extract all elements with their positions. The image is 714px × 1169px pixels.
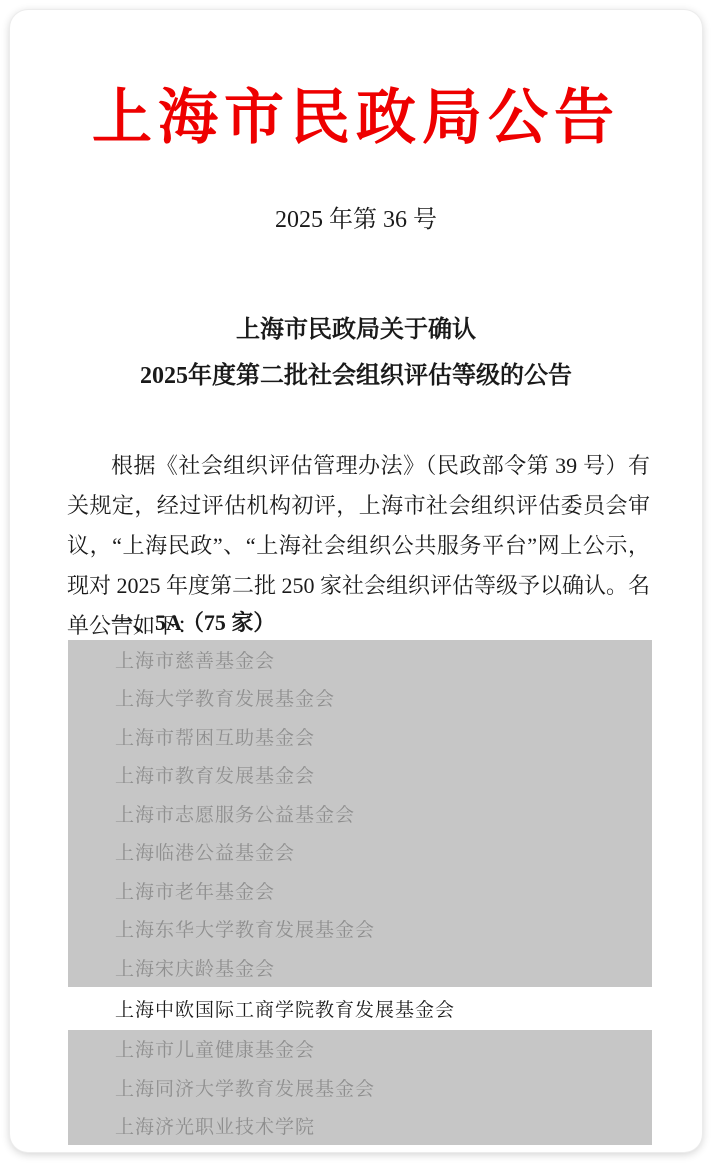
list-item: 上海济光职业技术学院 [68,1107,652,1146]
list-item: 上海市儿童健康基金会 [68,1030,652,1069]
org-name: 上海市儿童健康基金会 [115,1035,315,1062]
org-name: 上海市志愿服务公益基金会 [115,800,355,827]
list-item: 上海同济大学教育发展基金会 [68,1068,652,1107]
list-item: 上海市老年基金会 [68,871,652,910]
list-item: 上海宋庆龄基金会 [68,948,652,987]
list-item: 上海临港公益基金会 [68,833,652,872]
list-item: 上海大学教育发展基金会 [68,679,652,718]
list-item: 上海市志愿服务公益基金会 [68,794,652,833]
document-page: 上海市民政局公告 2025 年第 36 号 上海市民政局关于确认 2025年度第… [10,10,702,1152]
org-list: 上海市慈善基金会 上海大学教育发展基金会 上海市帮困互助基金会 上海市教育发展基… [68,640,652,1145]
org-name: 上海市老年基金会 [115,877,275,904]
org-name: 上海同济大学教育发展基金会 [115,1074,375,1101]
announcement-heading-line1: 上海市民政局关于确认 [10,307,702,353]
page-title: 上海市民政局公告 [10,10,702,150]
org-name: 上海中欧国际工商学院教育发展基金会 [115,995,455,1022]
org-name: 上海市慈善基金会 [115,646,275,673]
list-item: 上海市帮困互助基金会 [68,717,652,756]
org-name: 上海济光职业技术学院 [115,1112,315,1139]
list-item: 上海市教育发展基金会 [68,756,652,795]
section-heading-5a: 一、5A（75 家） [67,608,650,638]
org-name: 上海大学教育发展基金会 [115,684,335,711]
body-paragraph: 根据《社会组织评估管理办法》（民政部令第 39 号）有关规定，经过评估机构初评，… [67,446,650,606]
list-item: 上海中欧国际工商学院教育发展基金会 [68,987,652,1030]
announcement-heading: 上海市民政局关于确认 2025年度第二批社会组织评估等级的公告 [10,307,702,399]
list-item: 上海市慈善基金会 [68,640,652,679]
org-name: 上海市教育发展基金会 [115,761,315,788]
org-name: 上海东华大学教育发展基金会 [115,915,375,942]
org-name: 上海市帮困互助基金会 [115,723,315,750]
doc-number: 2025 年第 36 号 [10,205,702,235]
org-name: 上海宋庆龄基金会 [115,954,275,981]
list-item: 上海东华大学教育发展基金会 [68,910,652,949]
announcement-heading-line2: 2025年度第二批社会组织评估等级的公告 [10,353,702,399]
org-name: 上海临港公益基金会 [115,838,295,865]
